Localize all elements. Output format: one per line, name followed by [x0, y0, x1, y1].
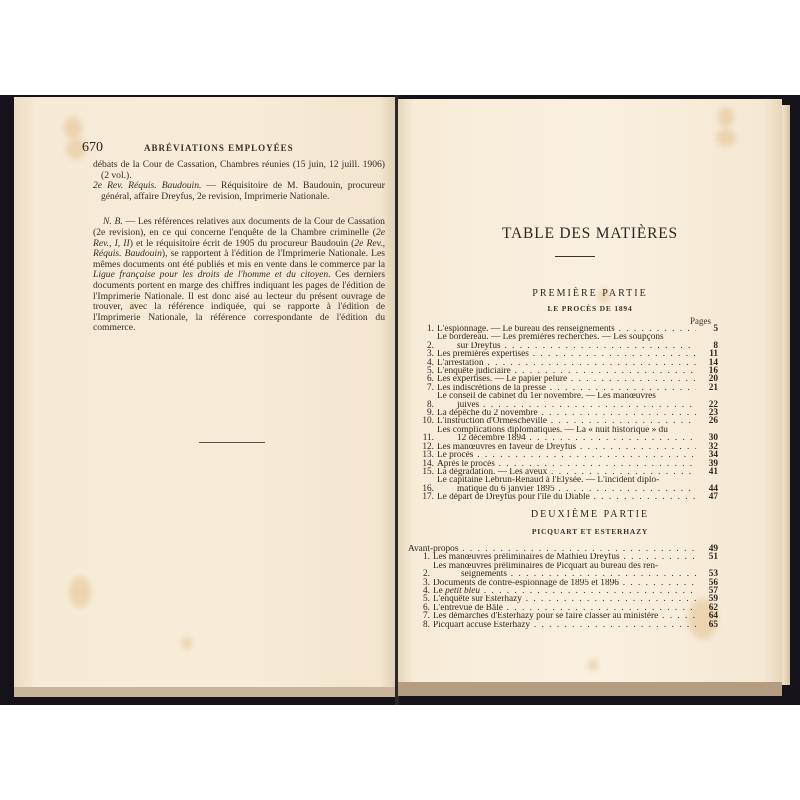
- foxing-stain: [182, 637, 192, 649]
- leader-dots: [615, 325, 696, 333]
- entry-page: 26: [696, 417, 718, 425]
- entry-title: Avant-propos: [408, 545, 458, 553]
- entry-number: 1.: [414, 553, 433, 561]
- entry-number: 7.: [418, 384, 437, 392]
- abbreviation-entry: 2e Rev. Réquis. Baudouin. — Réquisitoire…: [93, 181, 385, 202]
- page-block-edge: [782, 105, 790, 685]
- left-page: 670 ABRÉVIATIONS EMPLOYÉES débats de la …: [14, 97, 395, 697]
- entry-title: L'enquête judiciaire: [437, 367, 511, 375]
- leader-dots: [590, 493, 696, 501]
- toc-entry[interactable]: 6.Les expertises. — Le papier pelure20: [418, 375, 718, 383]
- entry-title: L'instruction d'Ormescheville: [437, 417, 547, 425]
- entry-page: 47: [696, 493, 718, 501]
- leader-dots: [546, 384, 696, 392]
- running-head-title: ABRÉVIATIONS EMPLOYÉES: [144, 143, 294, 153]
- leader-dots: [547, 417, 696, 425]
- entry-title: Le: [433, 587, 445, 595]
- toc-entry[interactable]: 17.Le départ de Dreyfus pour l'île du Di…: [418, 493, 718, 501]
- part-two-subtitle: PICQUART ET ESTERHAZY: [398, 527, 782, 536]
- toc-entry[interactable]: Avant-propos49: [408, 545, 718, 553]
- toc-entry[interactable]: 5.L'enquête sur Esterhazy59: [408, 595, 718, 603]
- entry-title-continued: seignements: [461, 570, 507, 578]
- leader-dots: [522, 595, 696, 603]
- foxing-stain: [718, 107, 734, 127]
- toc-entry[interactable]: 4.Le petit bleu57: [408, 587, 718, 595]
- nb-reference: Ligue française pour les droits de l'hom…: [93, 269, 328, 280]
- entry-title: L'espionnage. — Le bureau des renseignem…: [437, 325, 615, 333]
- entry-title: L'entrevue de Bâle: [433, 604, 503, 612]
- foxing-stain: [716, 129, 736, 147]
- entry-title-continued: juives: [457, 401, 479, 409]
- nota-bene-paragraph: N. B. — Les références relatives aux doc…: [93, 217, 385, 334]
- part-one-title: PREMIÈRE PARTIE: [398, 288, 782, 299]
- toc-entry[interactable]: 14.Après le procès39: [418, 460, 718, 468]
- abbreviation-term: 2e Rev. Réquis. Baudouin.: [93, 180, 201, 191]
- toc-entry[interactable]: 6.L'entrevue de Bâle62: [408, 604, 718, 612]
- entry-page: 21: [696, 384, 718, 392]
- foxing-stain: [69, 577, 91, 607]
- section-divider: [199, 442, 265, 443]
- toc-entry[interactable]: 1.L'espionnage. — Le bureau des renseign…: [418, 325, 718, 333]
- toc-entry[interactable]: 3.Les premières expertises11: [418, 350, 718, 358]
- entry-title: Les manœuvres en faveur de Dreyfus: [437, 443, 576, 451]
- toc-part-two: Avant-propos49 1.Les manœuvres prélimina…: [408, 545, 718, 629]
- entry-number: 8.: [414, 621, 433, 629]
- entry-title: Après le procès: [437, 460, 495, 468]
- toc-entry[interactable]: 3.Documents de contre-espionnage de 1895…: [408, 579, 718, 587]
- toc-entry[interactable]: 4.L'arrestation14: [418, 359, 718, 367]
- entry-title: Picquart accuse Esterhazy: [433, 621, 530, 629]
- entry-title: L'arrestation: [437, 359, 484, 367]
- leader-dots: [480, 587, 696, 595]
- leader-dots: [529, 350, 696, 358]
- leader-dots: [538, 409, 696, 417]
- entry-title-italic: petit bleu: [445, 587, 480, 595]
- entry-title: Les manœuvres préliminaires de Mathieu D…: [433, 553, 620, 561]
- entry-title: La dépêche du 2 novembre: [437, 409, 538, 417]
- entry-title: La dégradation. — Les aveux: [437, 468, 547, 476]
- leader-dots: [620, 553, 696, 561]
- entry-title-continued: matique du 6 janvier 1895: [457, 485, 555, 493]
- toc-entry[interactable]: 11.Les complications diplomatiques. — La…: [418, 426, 718, 443]
- leader-dots: [567, 375, 696, 383]
- entry-number: 1.: [418, 325, 437, 333]
- entry-number: 15.: [418, 468, 437, 476]
- page-title: TABLE DES MATIÈRES: [398, 225, 782, 243]
- toc-entry[interactable]: 1.Les manœuvres préliminaires de Mathieu…: [408, 553, 718, 561]
- leader-dots: [619, 579, 696, 587]
- leader-dots: [576, 443, 696, 451]
- toc-entry[interactable]: 7.Les indiscrétions de la presse21: [418, 384, 718, 392]
- open-book: 670 ABRÉVIATIONS EMPLOYÉES débats de la …: [0, 95, 800, 705]
- leader-dots: [507, 570, 696, 578]
- leader-dots: [458, 545, 696, 553]
- leader-dots: [511, 367, 696, 375]
- leader-dots: [555, 485, 696, 493]
- toc-entry[interactable]: 2.Le bordereau. — Les premières recherch…: [418, 333, 718, 350]
- entry-page: 51: [696, 553, 718, 561]
- entry-page: 41: [696, 468, 718, 476]
- entry-title: Les expertises. — Le papier pelure: [437, 375, 567, 383]
- entry-title-continued: sur Dreyfus: [457, 342, 501, 350]
- leader-dots: [526, 434, 696, 442]
- part-one-subtitle: LE PROCÈS DE 1894: [398, 304, 782, 313]
- leader-dots: [658, 612, 696, 620]
- toc-entry[interactable]: 8.Picquart accuse Esterhazy65: [408, 621, 718, 629]
- entry-title: Le procès: [437, 451, 473, 459]
- entry-title: Le départ de Dreyfus pour l'île du Diabl…: [437, 493, 590, 501]
- entry-number: 17.: [418, 493, 437, 501]
- entry-page: 65: [696, 621, 718, 629]
- entry-title-continued: 12 décembre 1894: [457, 434, 526, 442]
- leader-dots: [501, 342, 696, 350]
- leader-dots: [530, 621, 696, 629]
- leader-dots: [495, 460, 696, 468]
- leader-dots: [503, 604, 696, 612]
- right-page: TABLE DES MATIÈRES PREMIÈRE PARTIE LE PR…: [398, 99, 782, 696]
- nb-text: ) et le réquisitoire écrit de 1905 du pr…: [130, 238, 355, 249]
- toc-entry[interactable]: 5.L'enquête judiciaire16: [418, 367, 718, 375]
- title-rule: [555, 256, 595, 257]
- leader-dots: [479, 401, 696, 409]
- toc-entry[interactable]: 9.La dépêche du 2 novembre23: [418, 409, 718, 417]
- part-two-title: DEUXIÈME PARTIE: [398, 509, 782, 520]
- toc-entry[interactable]: 7.Les démarches d'Esterhazy pour se fair…: [408, 612, 718, 620]
- leader-dots: [547, 468, 696, 476]
- toc-entry[interactable]: 13.Le procès34: [418, 451, 718, 459]
- entry-title: L'enquête sur Esterhazy: [433, 595, 522, 603]
- entry-title: Documents de contre-espionnage de 1895 e…: [433, 579, 619, 587]
- nb-text: — Les références relatives aux documents…: [93, 216, 385, 238]
- nb-label: N. B.: [103, 216, 123, 227]
- leader-dots: [484, 359, 696, 367]
- toc-entry[interactable]: 15.La dégradation. — Les aveux41: [418, 468, 718, 476]
- foxing-stain: [588, 659, 598, 671]
- paragraph: débats de la Cour de Cassation, Chambres…: [93, 160, 385, 181]
- entry-number: 10.: [418, 417, 437, 425]
- entry-title: Les premières expertises: [437, 350, 529, 358]
- toc-entry[interactable]: 10.L'instruction d'Ormescheville26: [418, 417, 718, 425]
- entry-page: 5: [696, 325, 718, 333]
- toc-entry[interactable]: 16.Le capitaine Lebrun-Renaud à l'Elysée…: [418, 476, 718, 493]
- entry-title: Les indiscrétions de la presse: [437, 384, 546, 392]
- entry-title: Les démarches d'Esterhazy pour se faire …: [433, 612, 658, 620]
- toc-entry[interactable]: 12.Les manœuvres en faveur de Dreyfus32: [418, 443, 718, 451]
- toc-entry[interactable]: 2.Les manœuvres préliminaires de Picquar…: [408, 562, 718, 579]
- foxing-stain: [64, 117, 82, 139]
- page-number: 670: [82, 140, 103, 156]
- toc-entry[interactable]: 8.Le conseil de cabinet du 1er novembre.…: [418, 392, 718, 409]
- toc-part-one: 1.L'espionnage. — Le bureau des renseign…: [418, 325, 718, 502]
- leader-dots: [473, 451, 696, 459]
- running-header: 670 ABRÉVIATIONS EMPLOYÉES: [82, 140, 392, 156]
- abbreviations-text: débats de la Cour de Cassation, Chambres…: [93, 160, 385, 334]
